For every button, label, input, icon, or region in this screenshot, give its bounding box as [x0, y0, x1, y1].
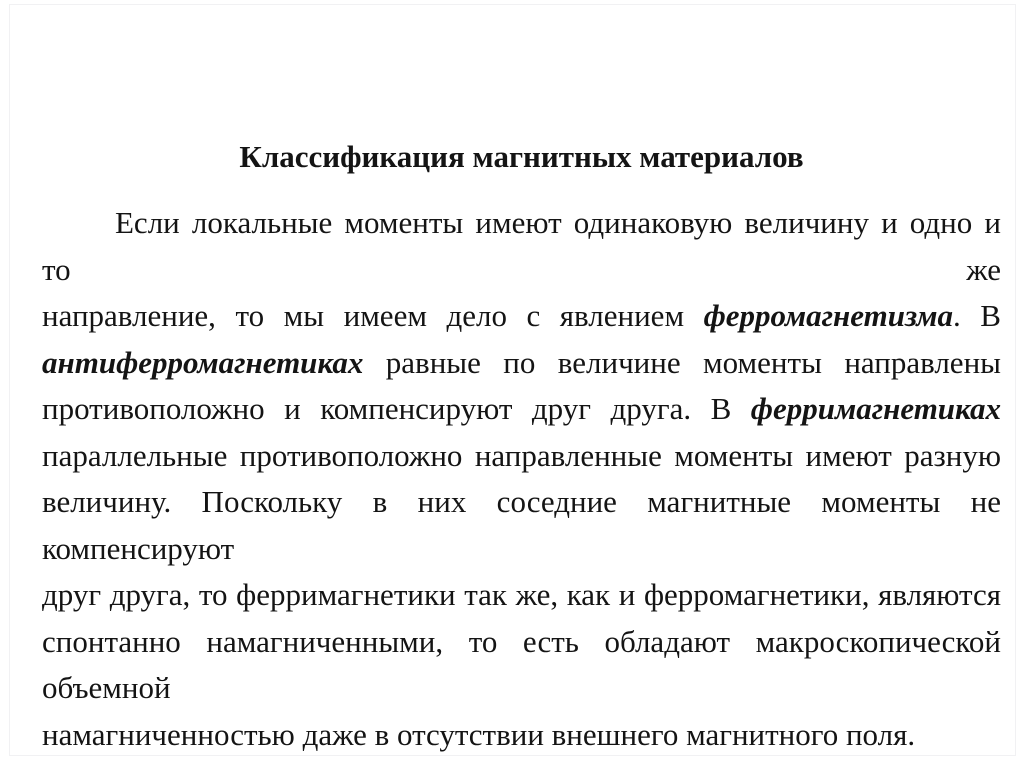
text-line: антиферромагнетиках равные по величине м… [42, 340, 1001, 387]
text-line: величину. Поскольку в них соседние магни… [42, 479, 1001, 572]
text-segment: Если локальные моменты имеют одинаковую … [42, 205, 1001, 287]
text-segment: параллельные противоположно направленные… [42, 438, 1001, 473]
text-segment: намагниченностью даже в отсутствии внешн… [42, 717, 915, 752]
text-segment: равные по величине моменты направлены [363, 345, 1001, 380]
text-segment: друг друга, то ферримагнетики так же, ка… [42, 577, 1001, 612]
emphasized-term: антиферромагнетиках [42, 345, 363, 380]
text-segment: . В [953, 298, 1001, 333]
paragraph: Если локальные моменты имеют одинаковую … [42, 200, 1001, 758]
text-segment: противоположно и компенсируют друг друга… [42, 391, 751, 426]
slide-title: Классификация магнитных материалов [42, 138, 1001, 175]
text-line: параллельные противоположно направленные… [42, 433, 1001, 480]
emphasized-term: ферромагнетизма [704, 298, 953, 333]
text-line: противоположно и компенсируют друг друга… [42, 386, 1001, 433]
text-segment: величину. Поскольку в них соседние магни… [42, 484, 1001, 566]
text-line: друг друга, то ферримагнетики так же, ка… [42, 572, 1001, 619]
text-line: направление, то мы имеем дело с явлением… [42, 293, 1001, 340]
text-segment: спонтанно намагниченными, то есть облада… [42, 624, 1001, 706]
emphasized-term: ферримагнетиках [751, 391, 1001, 426]
text-line: намагниченностью даже в отсутствии внешн… [42, 712, 1001, 759]
text-line: Если локальные моменты имеют одинаковую … [42, 200, 1001, 293]
text-line: спонтанно намагниченными, то есть облада… [42, 619, 1001, 712]
text-segment: направление, то мы имеем дело с явлением [42, 298, 704, 333]
slide: Классификация магнитных материалов Если … [0, 0, 1024, 767]
